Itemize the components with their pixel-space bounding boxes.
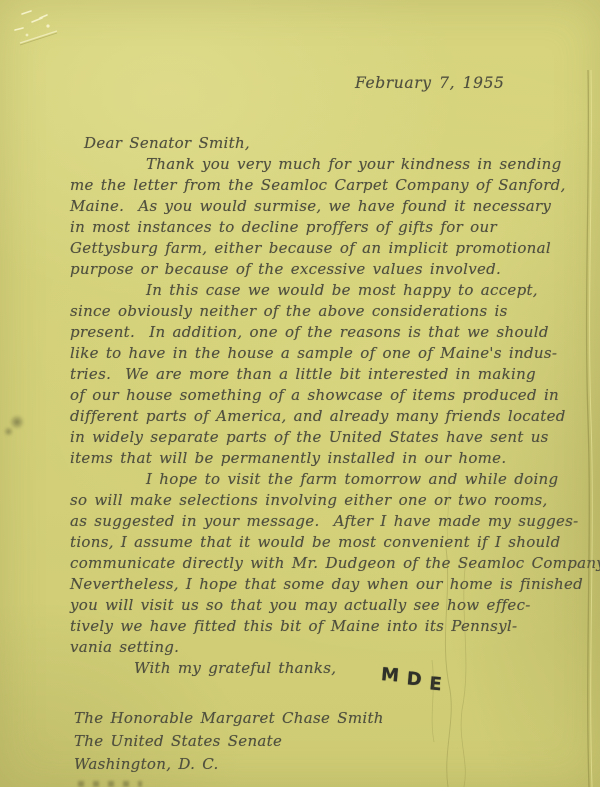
- letter-body: Dear Senator Smith, Thank you very much …: [70, 133, 600, 679]
- letter-line: Washington, D. C.: [74, 753, 384, 776]
- letter-line: communicate directly with Mr. Dudgeon of…: [70, 553, 600, 574]
- letter-line: like to have in the house a sample of on…: [70, 343, 600, 364]
- letter-line: tively we have fitted this bit of Maine …: [70, 616, 600, 637]
- letter-line: items that will be permanently installed…: [70, 448, 600, 469]
- letter-line: Nevertheless, I hope that some day when …: [70, 574, 600, 595]
- letter-line: In this case we would be most happy to a…: [70, 280, 600, 301]
- letter-body-lines: Thank you very much for your kindness in…: [70, 154, 600, 679]
- letter-line: I hope to visit the farm tomorrow and wh…: [70, 469, 600, 490]
- recipient-address: The Honorable Margaret Chase SmithThe Un…: [74, 707, 384, 776]
- letter-line: you will visit us so that you may actual…: [70, 595, 600, 616]
- cutoff-stamp-mark: [78, 781, 142, 787]
- letter-line: present. In addition, one of the reasons…: [70, 322, 600, 343]
- letter-line: vania setting.: [70, 637, 600, 658]
- letter-line: Maine. As you would surmise, we have fou…: [70, 196, 600, 217]
- letter-line: purpose or because of the excessive valu…: [70, 259, 600, 280]
- letter-line: in widely separate parts of the United S…: [70, 427, 600, 448]
- letter-line: in most instances to decline proffers of…: [70, 217, 600, 238]
- letter-date: February 7, 1955: [355, 74, 505, 92]
- letter-line: since obviously neither of the above con…: [70, 301, 600, 322]
- letter-paper: February 7, 1955 Dear Senator Smith, Tha…: [0, 0, 600, 787]
- letter-line: so will make selections involving either…: [70, 490, 600, 511]
- letter-line: The Honorable Margaret Chase Smith: [74, 707, 384, 730]
- letter-line: as suggested in your message. After I ha…: [70, 511, 600, 532]
- letter-line: me the letter from the Seamloc Carpet Co…: [70, 175, 600, 196]
- letter-line: of our house something of a showcase of …: [70, 385, 600, 406]
- letter-line: With my grateful thanks,: [70, 658, 600, 679]
- letter-line: tions, I assume that it would be most co…: [70, 532, 600, 553]
- ink-smudge: [3, 427, 14, 436]
- letter-line: Gettysburg farm, either because of an im…: [70, 238, 600, 259]
- letter-line: different parts of America, and already …: [70, 406, 600, 427]
- letter-line: The United States Senate: [74, 730, 384, 753]
- letter-line: tries. We are more than a little bit int…: [70, 364, 600, 385]
- salutation: Dear Senator Smith,: [70, 133, 600, 154]
- letter-line: Thank you very much for your kindness in…: [70, 154, 600, 175]
